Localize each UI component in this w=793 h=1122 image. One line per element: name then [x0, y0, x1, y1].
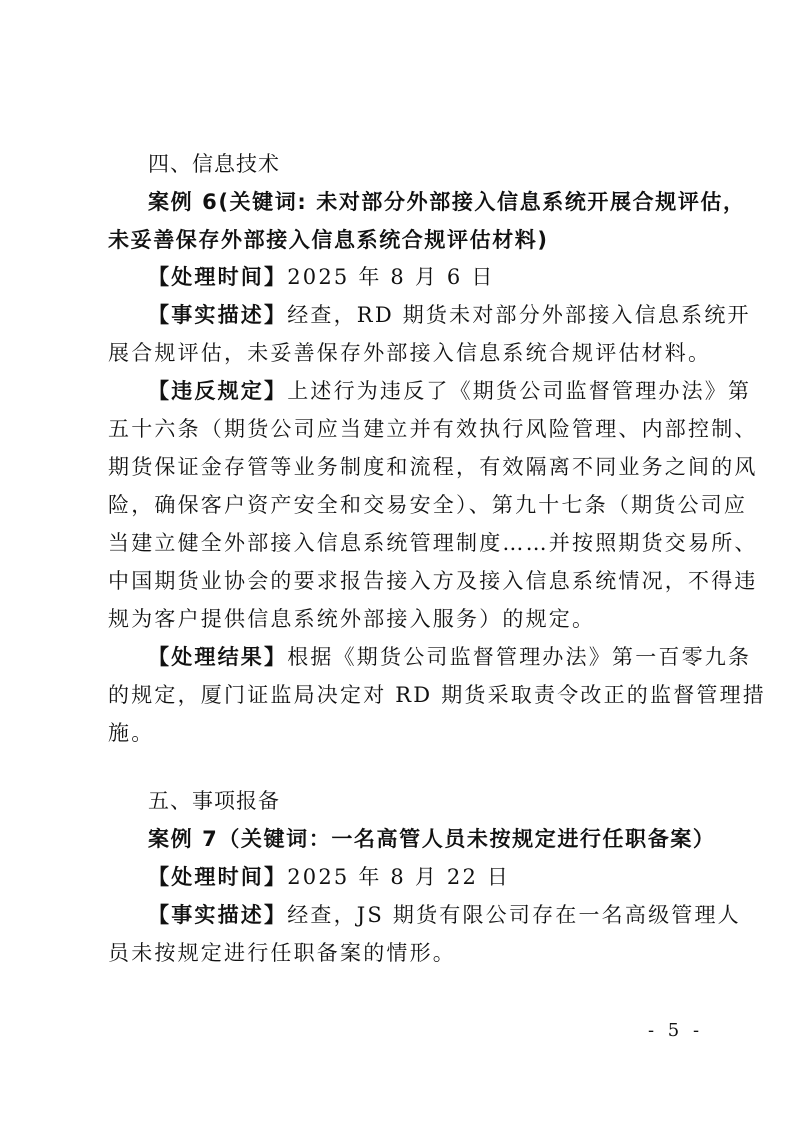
case-7-facts-line-2: 员未按规定进行任职备案的情形。	[108, 935, 693, 971]
case-6-result-line-1: 【处理结果】根据《期货公司监督管理办法》第一百零九条	[148, 639, 693, 675]
facts-label: 【事实描述】	[148, 303, 287, 327]
case-6-result-line-3: 施。	[108, 715, 693, 751]
result-label: 【处理结果】	[148, 645, 287, 669]
case-7-time: 【处理时间】2025 年 8 月 22 日	[148, 859, 693, 895]
case-6-facts-line-1: 【事实描述】经查，RD 期货未对部分外部接入信息系统开	[148, 297, 693, 333]
time-label: 【处理时间】	[148, 265, 287, 289]
case-7-title: 案例 7（关键词：一名高管人员未按规定进行任职备案）	[148, 821, 693, 857]
document-page: 四、信息技术 案例 6(关键词: 未对部分外部接入信息系统开展合规评估， 未妥善…	[0, 0, 793, 1122]
facts-label: 【事实描述】	[148, 903, 287, 927]
case-6-facts-line-2: 展合规评估，未妥善保存外部接入信息系统合规评估材料。	[108, 335, 693, 371]
case-6-title-line-1: 案例 6(关键词: 未对部分外部接入信息系统开展合规评估，	[148, 184, 693, 220]
section-heading-info-tech: 四、信息技术	[148, 146, 693, 182]
case-6-time: 【处理时间】2025 年 8 月 6 日	[148, 259, 693, 295]
case-6-violation-line-7: 规为客户提供信息系统外部接入服务）的规定。	[108, 601, 693, 637]
case-6-result-line-2: 的规定，厦门证监局决定对 RD 期货采取责令改正的监督管理措	[108, 677, 693, 713]
page-number: - 5 -	[648, 1020, 703, 1041]
case-7-facts-line-1: 【事实描述】经查，JS 期货有限公司存在一名高级管理人	[148, 897, 693, 933]
violation-label: 【违反规定】	[148, 379, 287, 403]
case-6-violation-line-1: 【违反规定】上述行为违反了《期货公司监督管理办法》第	[148, 373, 693, 409]
case-6-violation-line-3: 期货保证金存管等业务制度和流程，有效隔离不同业务之间的风	[108, 449, 693, 485]
section-heading-filing: 五、事项报备	[148, 783, 693, 819]
case-6-violation-line-5: 当建立健全外部接入信息系统管理制度……并按照期货交易所、	[108, 525, 693, 561]
case-6-violation-line-6: 中国期货业协会的要求报告接入方及接入信息系统情况，不得违	[108, 563, 693, 599]
case-6-violation-line-2: 五十六条（期货公司应当建立并有效执行风险管理、内部控制、	[108, 411, 693, 447]
case-6-title-line-2: 未妥善保存外部接入信息系统合规评估材料)	[108, 222, 693, 258]
time-value: 2025 年 8 月 22 日	[287, 865, 510, 889]
case-6-violation-line-4: 险，确保客户资产安全和交易安全）、第九十七条（期货公司应	[108, 487, 693, 523]
time-value: 2025 年 8 月 6 日	[287, 265, 494, 289]
time-label: 【处理时间】	[148, 865, 287, 889]
